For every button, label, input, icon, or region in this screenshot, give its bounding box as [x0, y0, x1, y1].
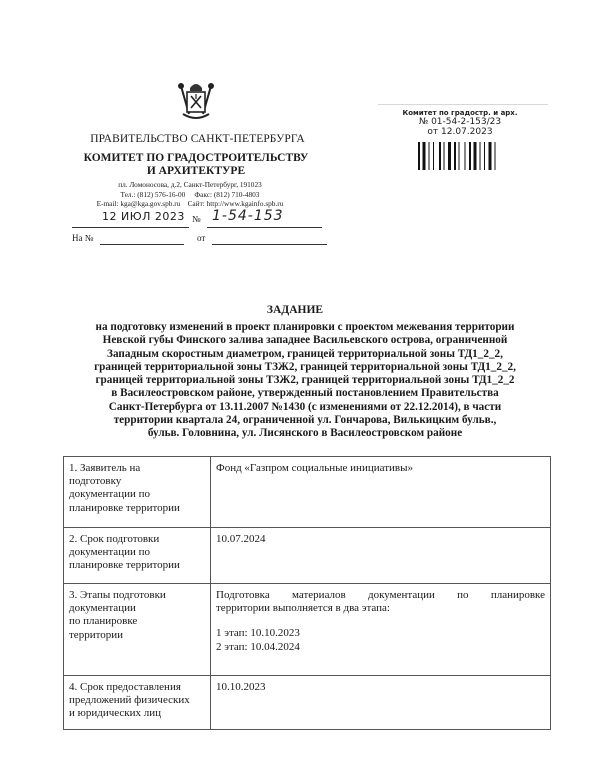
- registration-stamp: Комитет по градостр. и арх. № 01-54-2-15…: [385, 109, 535, 137]
- committee-name-line1: КОМИТЕТ ПО ГРАДОСТРОИТЕЛЬСТВУ: [72, 152, 320, 165]
- barcode-icon: [418, 142, 518, 170]
- table-row: 1. Заявитель на подготовку документации …: [64, 457, 551, 528]
- subtitle-line: Санкт-Петербурга от 13.11.2007 №1430 (с …: [60, 401, 550, 414]
- ref-date-label: от: [197, 233, 205, 243]
- stages-description-line1: Подготовка материалов документации по пл…: [216, 589, 545, 602]
- reference-row: На № от: [72, 233, 322, 249]
- subtitle-line: границей территориальной зоны ТЗЖ2, гран…: [60, 374, 550, 387]
- proposals-deadline-value: 10.10.2023: [211, 676, 551, 730]
- committee-name: КОМИТЕТ ПО ГРАДОСТРОИТЕЛЬСТВУ И АРХИТЕКТ…: [72, 152, 320, 178]
- outgoing-number: 1-54-153: [212, 208, 284, 224]
- document-title: ЗАДАНИЕ: [40, 304, 550, 316]
- committee-name-line2: И АРХИТЕКТУРЕ: [72, 165, 320, 178]
- document-subtitle: на подготовку изменений в проект планиро…: [60, 321, 550, 441]
- row-label: 3. Этапы подготовки документации по план…: [64, 584, 211, 676]
- stamp-number: № 01-54-2-153/23: [385, 117, 535, 127]
- number-label: №: [192, 214, 201, 224]
- table-row: 2. Срок подготовки документации по плани…: [64, 528, 551, 584]
- stages-value: Подготовка материалов документации по пл…: [211, 584, 551, 676]
- subtitle-line: Западным скоростным диаметром, границей …: [60, 348, 550, 361]
- address: пл. Ломоносова, д.2, Санкт-Петербург, 19…: [60, 180, 320, 190]
- ref-number-label: На №: [72, 233, 93, 243]
- subtitle-line: бульв. Головнина, ул. Лисянского в Васил…: [60, 427, 550, 440]
- table-row: 3. Этапы подготовки документации по план…: [64, 584, 551, 676]
- subtitle-line: в Василеостровском районе, утвержденный …: [60, 387, 550, 400]
- subtitle-line: Невской губы Финского залива западнее Ва…: [60, 334, 550, 347]
- subtitle-line: границей территориальной зоны ТЗЖ2, гран…: [60, 361, 550, 374]
- applicant-value: Фонд «Газпром социальные инициативы»: [211, 457, 551, 528]
- outgoing-date-number: 12 ИЮЛ 2023 № 1-54-153: [72, 210, 322, 228]
- date-underline: [72, 227, 189, 228]
- row-label: 4. Срок предоставления предложений физич…: [64, 676, 211, 730]
- stage-2: 2 этап: 10.04.2024: [216, 641, 545, 654]
- subtitle-line: территории квартала 24, ограниченной ул.…: [60, 414, 550, 427]
- contact-block: пл. Ломоносова, д.2, Санкт-Петербург, 19…: [60, 180, 320, 209]
- stage-1: 1 этап: 10.10.2023: [216, 627, 545, 640]
- row-label: 2. Срок подготовки документации по плани…: [64, 528, 211, 584]
- ref-date-blank: [212, 244, 327, 245]
- stamp-border: [378, 104, 548, 105]
- ref-number-blank: [100, 244, 184, 245]
- stages-description-line2: территории выполняется в два этапа:: [216, 602, 545, 615]
- stamp-org: Комитет по градостр. и арх.: [385, 109, 535, 117]
- government-name: ПРАВИТЕЛЬСТВО САНКТ-ПЕТЕРБУРГА: [80, 133, 315, 145]
- deadline-value: 10.07.2024: [211, 528, 551, 584]
- phone-fax: Тел.: (812) 576-16-00 Факс: (812) 710-48…: [60, 190, 320, 200]
- coat-of-arms-icon: [175, 80, 217, 122]
- task-table: 1. Заявитель на подготовку документации …: [63, 456, 551, 730]
- table-row: 4. Срок предоставления предложений физич…: [64, 676, 551, 730]
- stamp-date: от 12.07.2023: [385, 127, 535, 137]
- date-stamp: 12 ИЮЛ 2023: [102, 210, 185, 223]
- subtitle-line: на подготовку изменений в проект планиро…: [60, 321, 550, 334]
- number-underline: [207, 227, 322, 228]
- row-label: 1. Заявитель на подготовку документации …: [64, 457, 211, 528]
